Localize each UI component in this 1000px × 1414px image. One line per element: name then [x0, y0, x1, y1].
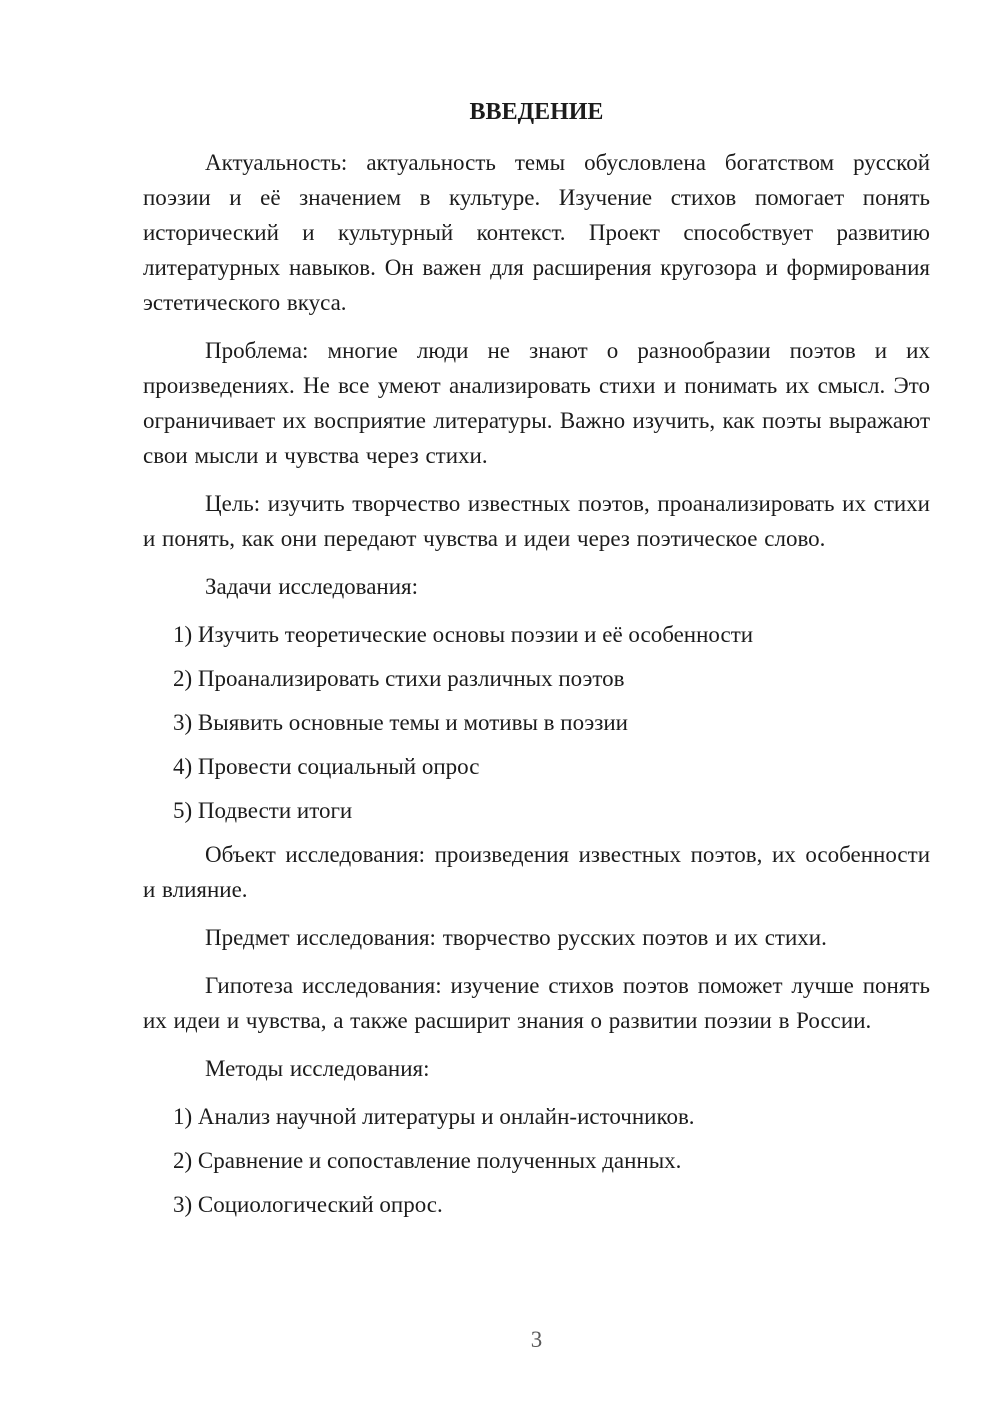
tasks-lead-in: Задачи исследования: [143, 569, 930, 604]
paragraph-relevance: Актуальность: актуальность темы обусловл… [143, 145, 930, 320]
list-item-method-2: 2) Сравнение и сопоставление полученных … [173, 1143, 930, 1178]
page-title: ВВЕДЕНИЕ [143, 95, 930, 130]
paragraph-hypothesis: Гипотеза исследования: изучение стихов п… [143, 968, 930, 1038]
tasks-list: 1) Изучить теоретические основы поэзии и… [173, 617, 930, 828]
list-item-task-2: 2) Проанализировать стихи различных поэт… [173, 661, 930, 696]
paragraph-problem: Проблема: многие люди не знают о разнооб… [143, 333, 930, 473]
paragraph-goal: Цель: изучить творчество известных поэто… [143, 486, 930, 556]
list-item-task-4: 4) Провести социальный опрос [173, 749, 930, 784]
paragraph-object: Объект исследования: произведения извест… [143, 837, 930, 907]
page-number: 3 [143, 1326, 930, 1354]
page-content: ВВЕДЕНИЕ Актуальность: актуальность темы… [143, 95, 930, 1231]
document-page: ВВЕДЕНИЕ Актуальность: актуальность темы… [0, 0, 1000, 1414]
list-item-method-3: 3) Социологический опрос. [173, 1187, 930, 1222]
list-item-task-5: 5) Подвести итоги [173, 793, 930, 828]
methods-list: 1) Анализ научной литературы и онлайн-ис… [173, 1099, 930, 1222]
list-item-task-1: 1) Изучить теоретические основы поэзии и… [173, 617, 930, 652]
paragraph-subject: Предмет исследования: творчество русских… [143, 920, 930, 955]
methods-lead-in: Методы исследования: [143, 1051, 930, 1086]
list-item-task-3: 3) Выявить основные темы и мотивы в поэз… [173, 705, 930, 740]
list-item-method-1: 1) Анализ научной литературы и онлайн-ис… [173, 1099, 930, 1134]
